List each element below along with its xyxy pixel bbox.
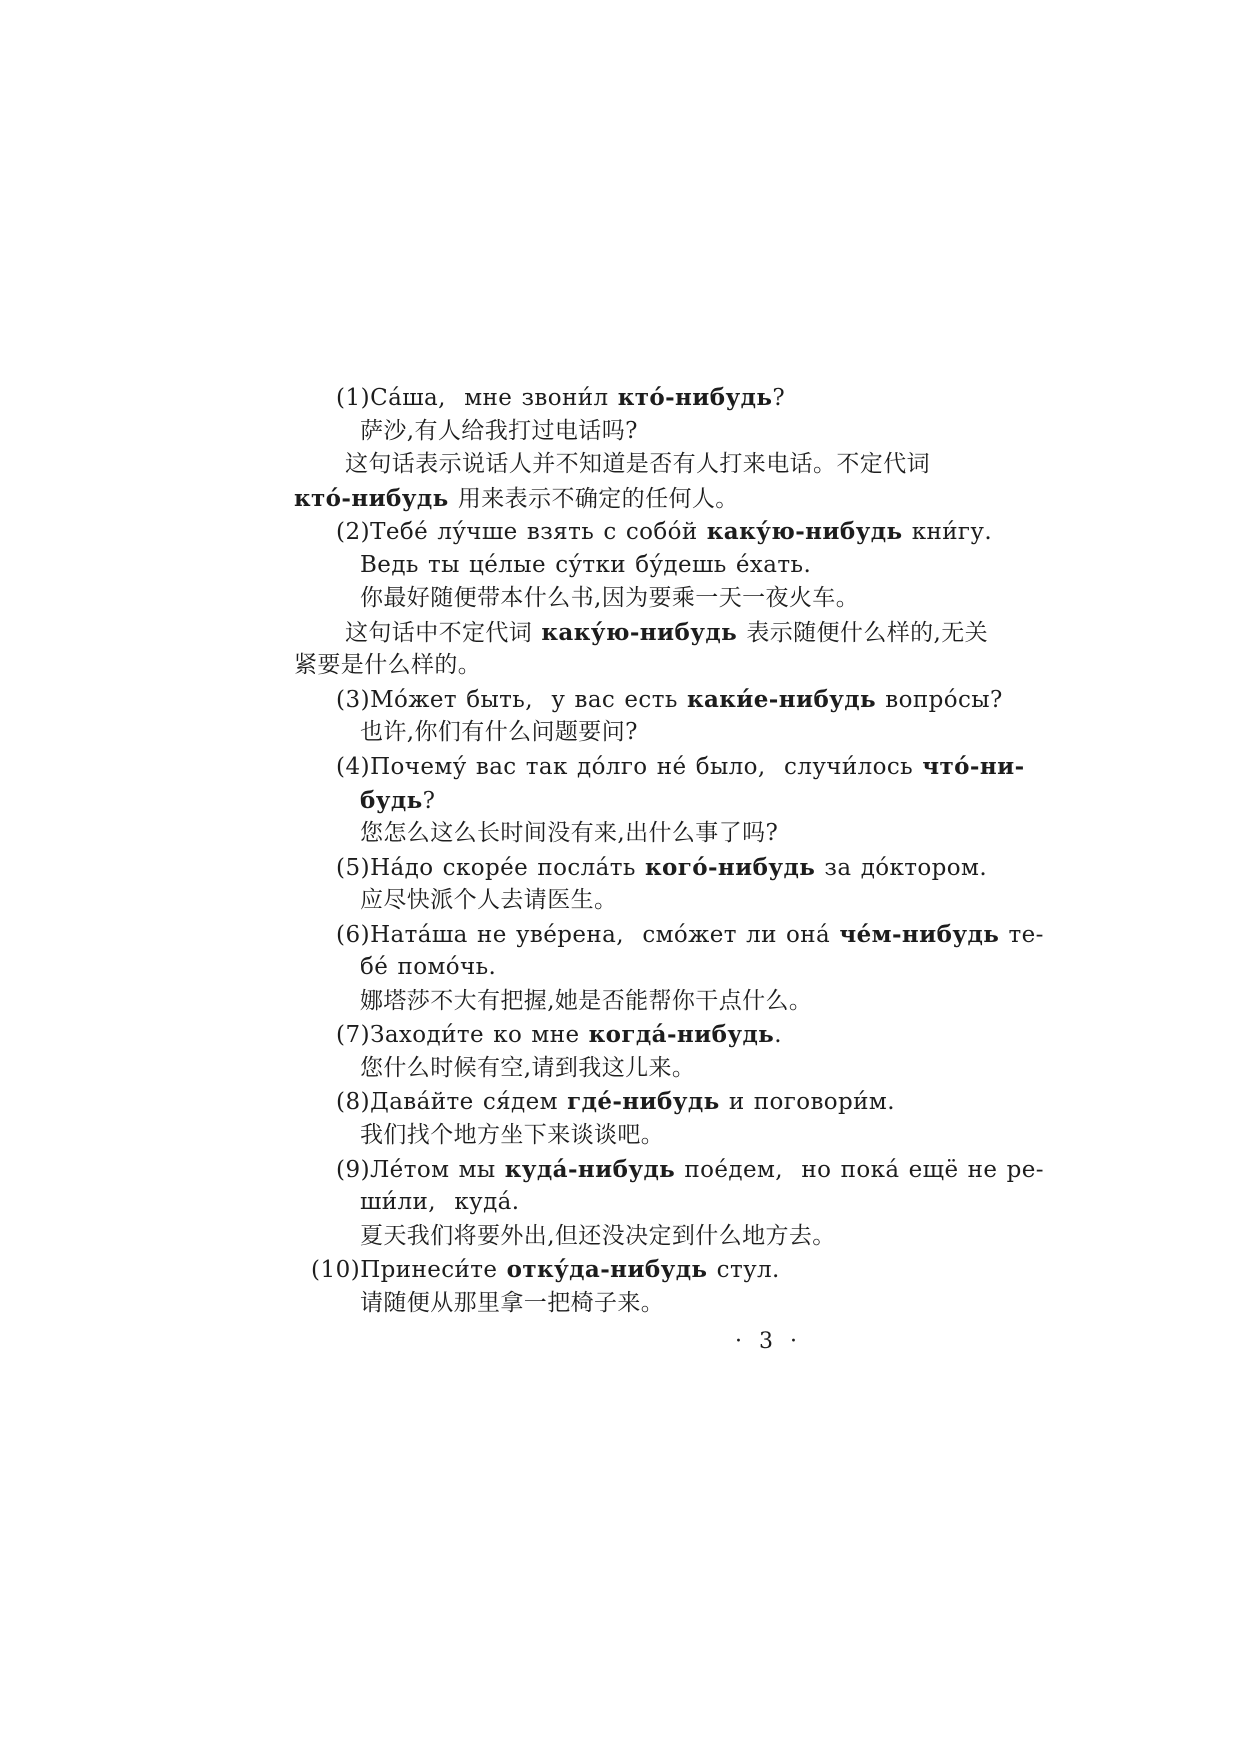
text-run: . — [774, 1022, 782, 1048]
text-run: Ната́ша не уве́рена, смо́жет ли она́ — [370, 922, 839, 948]
text-run: за до́ктором. — [815, 855, 987, 881]
text-line: 娜塔莎不大有把握,她是否能帮你干点什么。 — [0, 985, 1240, 1019]
text-run: 夏天我们将要外出,但还没决定到什么地方去。 — [360, 1223, 836, 1249]
item-number: (5) — [336, 855, 370, 881]
text-line: 您什么时候有空,请到我这儿来。 — [0, 1052, 1240, 1086]
example-line: (3)Мо́жет быть, у вас есть каки́е-нибудь… — [0, 683, 1240, 717]
item-number: (3) — [336, 687, 370, 713]
text-run: Заходи́те ко мне — [370, 1022, 589, 1048]
bold-term: будь — [360, 787, 423, 814]
text-line: 夏天我们将要外出,但还没决定到什么地方去。 — [0, 1220, 1240, 1254]
text-line: 我们找个地方坐下来谈谈吧。 — [0, 1119, 1240, 1153]
text-block: (1)Са́ша, мне звони́л кто́-нибудь?萨沙,有人给… — [0, 381, 1240, 1320]
bold-term: кто́-нибудь — [618, 384, 773, 411]
example-line: (9)Ле́том мы куда́-нибудь пое́дем, но по… — [0, 1153, 1240, 1187]
text-line: 这句话中不定代词 каку́ю-нибудь 表示随便什么样的,无关 — [0, 616, 1240, 650]
bold-term: кого́-нибудь — [645, 854, 815, 881]
text-run: ? — [423, 788, 436, 814]
text-line: ши́ли, куда́. — [0, 1186, 1240, 1220]
bold-term: кто́-нибудь — [294, 485, 449, 512]
text-run: 应尽快派个人去请医生。 — [360, 887, 617, 913]
item-number: (4) — [336, 754, 370, 780]
text-run: Са́ша, мне звони́л — [370, 385, 618, 411]
example-line: (7)Заходи́те ко мне когда́-нибудь. — [0, 1018, 1240, 1052]
example-line: (10)Принеси́те отку́да-нибудь стул. — [0, 1253, 1240, 1287]
item-number: (1) — [336, 385, 370, 411]
text-run: 我们找个地方坐下来谈谈吧。 — [360, 1122, 664, 1148]
page-number: · 3 · — [735, 1329, 802, 1355]
text-run: кни́гу. — [902, 519, 992, 545]
text-line: будь? — [0, 784, 1240, 818]
text-run: На́до скоре́е посла́ть — [370, 855, 645, 881]
text-run: 你最好随便带本什么书,因为要乘一天一夜火车。 — [360, 585, 859, 611]
bold-term: что́-ни- — [922, 753, 1024, 780]
item-number: (2) — [336, 519, 370, 545]
text-run: 用来表示不确定的任何人。 — [449, 486, 739, 512]
text-run: 娜塔莎不大有把握,她是否能帮你干点什么。 — [360, 988, 812, 1014]
bold-term: каку́ю-нибудь — [707, 518, 903, 545]
text-line: кто́-нибудь 用来表示不确定的任何人。 — [0, 482, 1240, 516]
item-number: (8) — [336, 1089, 370, 1115]
text-run: вопро́сы? — [876, 687, 1003, 713]
text-run: 也许,你们有什么问题要问? — [360, 719, 638, 745]
text-line: 紧要是什么样的。 — [0, 649, 1240, 683]
text-run: те- — [999, 922, 1044, 948]
text-run: 表示随便什么样的,无关 — [737, 620, 988, 646]
item-number: (6) — [336, 922, 370, 948]
example-line: (5)На́до скоре́е посла́ть кого́-нибудь з… — [0, 851, 1240, 885]
bold-term: че́м-нибудь — [839, 921, 999, 948]
example-line: (6)Ната́ша не уве́рена, смо́жет ли она́ … — [0, 918, 1240, 952]
text-run: и поговори́м. — [720, 1089, 895, 1115]
bold-term: каку́ю-нибудь — [541, 619, 737, 646]
text-run: Тебе́ лу́чше взять с собо́й — [370, 519, 707, 545]
text-line: 也许,你们有什么问题要问? — [0, 716, 1240, 750]
text-line: Ведь ты це́лые су́тки бу́дешь е́хать. — [0, 549, 1240, 583]
text-run: 您怎么这么长时间没有来,出什么事了吗? — [360, 820, 778, 846]
text-run: 萨沙,有人给我打过电话吗? — [360, 418, 638, 444]
text-run: 紧要是什么样的。 — [294, 652, 481, 678]
text-run: ши́ли, куда́. — [360, 1189, 519, 1215]
example-line: (4)Почему́ вас так до́лго не́ было, случ… — [0, 750, 1240, 784]
text-run: Мо́жет быть, у вас есть — [370, 687, 687, 713]
text-line: 你最好随便带本什么书,因为要乘一天一夜火车。 — [0, 582, 1240, 616]
text-line: 这句话表示说话人并不知道是否有人打来电话。不定代词 — [0, 448, 1240, 482]
text-run: Принеси́те — [360, 1257, 506, 1283]
text-run: 请随便从那里拿一把椅子来。 — [360, 1290, 664, 1316]
text-run: 这句话中不定代词 — [345, 620, 541, 646]
text-line: 您怎么这么长时间没有来,出什么事了吗? — [0, 817, 1240, 851]
text-line: 萨沙,有人给我打过电话吗? — [0, 415, 1240, 449]
bold-term: куда́-нибудь — [505, 1156, 675, 1183]
text-line: 应尽快派个人去请医生。 — [0, 884, 1240, 918]
text-run: Ведь ты це́лые су́тки бу́дешь е́хать. — [360, 552, 811, 578]
example-line: (8)Дава́йте ся́дем где́-нибудь и поговор… — [0, 1085, 1240, 1119]
example-line: (2)Тебе́ лу́чше взять с собо́й каку́ю-ни… — [0, 515, 1240, 549]
bold-term: отку́да-нибудь — [507, 1256, 708, 1283]
text-line: 请随便从那里拿一把椅子来。 — [0, 1287, 1240, 1321]
book-page: (1)Са́ша, мне звони́л кто́-нибудь?萨沙,有人给… — [0, 0, 1240, 1755]
text-run: Ле́том мы — [370, 1157, 505, 1183]
text-run: ? — [772, 385, 785, 411]
example-line: (1)Са́ша, мне звони́л кто́-нибудь? — [0, 381, 1240, 415]
text-line: бе́ помо́чь. — [0, 951, 1240, 985]
bold-term: когда́-нибудь — [589, 1021, 775, 1048]
text-run: Почему́ вас так до́лго не́ было, случи́л… — [370, 754, 922, 780]
text-run: пое́дем, но пока́ ещё не ре- — [675, 1157, 1044, 1183]
item-number: (7) — [336, 1022, 370, 1048]
item-number: (9) — [336, 1157, 370, 1183]
text-run: бе́ помо́чь. — [360, 954, 496, 980]
text-run: 您什么时候有空,请到我这儿来。 — [360, 1055, 695, 1081]
text-run: Дава́йте ся́дем — [370, 1089, 567, 1115]
text-run: стул. — [707, 1257, 779, 1283]
text-run: 这句话表示说话人并不知道是否有人打来电话。不定代词 — [345, 451, 930, 477]
item-number: (10) — [311, 1257, 360, 1283]
bold-term: где́-нибудь — [567, 1088, 720, 1115]
bold-term: каки́е-нибудь — [687, 686, 876, 713]
